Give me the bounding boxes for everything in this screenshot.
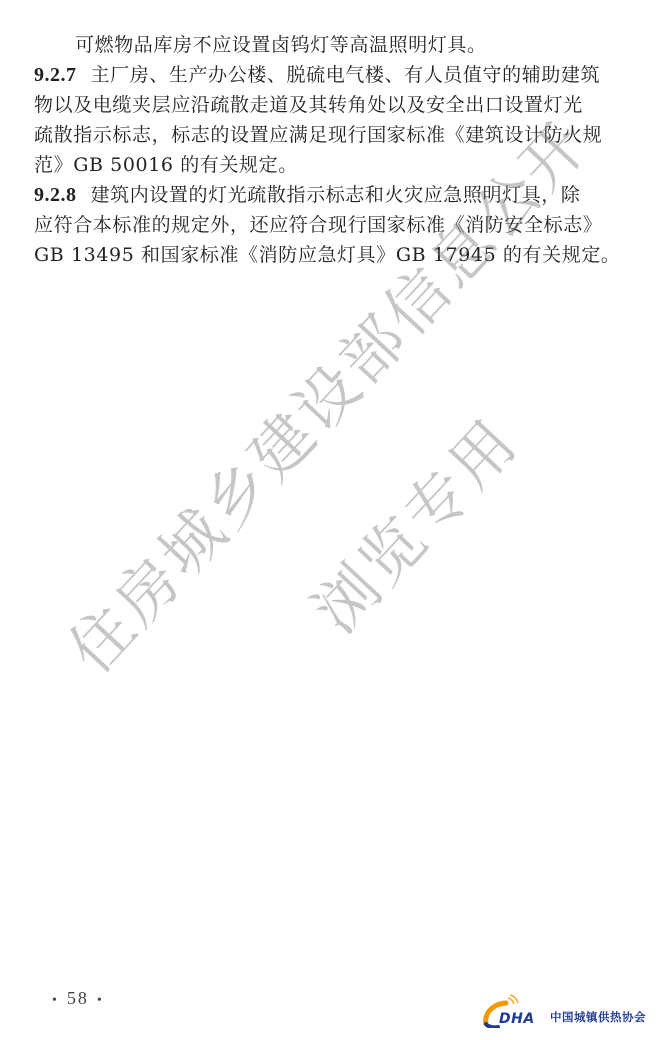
page-number-value: 58 bbox=[67, 988, 89, 1008]
line-text: 主厂房、生产办公楼、脱硫电气楼、有人员值守的辅助建筑 bbox=[91, 64, 601, 86]
body-text: 可燃物品库房不应设置卤钨灯等高温照明灯具。 9.2.7主厂房、生产办公楼、脱硫电… bbox=[34, 30, 634, 270]
text-line: 疏散指示标志，标志的设置应满足现行国家标准《建筑设计防火规 bbox=[34, 120, 634, 150]
line-text: 物以及电缆夹层应沿疏散走道及其转角处以及安全出口设置灯光 bbox=[34, 94, 583, 116]
text-line: 物以及电缆夹层应沿疏散走道及其转角处以及安全出口设置灯光 bbox=[34, 90, 634, 120]
clause-number: 9.2.8 bbox=[34, 184, 77, 206]
bullet-icon: • bbox=[97, 993, 104, 1008]
logo-mark: DHA bbox=[482, 994, 544, 1028]
clause-9-2-8-line: 9.2.8建筑内设置的灯光疏散指示标志和火灾应急照明灯具，除 bbox=[34, 180, 634, 210]
line-text: 范》GB 50016 的有关规定。 bbox=[34, 154, 298, 176]
text-line: 范》GB 50016 的有关规定。 bbox=[34, 150, 634, 180]
text-line: 应符合本标准的规定外，还应符合现行国家标准《消防安全标志》 bbox=[34, 210, 634, 240]
logo-abbreviation: DHA bbox=[499, 1011, 535, 1027]
page-number: •58• bbox=[44, 988, 112, 1009]
text-line: 可燃物品库房不应设置卤钨灯等高温照明灯具。 bbox=[34, 30, 634, 60]
line-text: 疏散指示标志，标志的设置应满足现行国家标准《建筑设计防火规 bbox=[34, 124, 602, 146]
document-page: 可燃物品库房不应设置卤钨灯等高温照明灯具。 9.2.7主厂房、生产办公楼、脱硫电… bbox=[0, 0, 666, 1040]
line-text: GB 13495 和国家标准《消防应急灯具》GB 17945 的有关规定。 bbox=[34, 244, 621, 266]
line-text: 应符合本标准的规定外，还应符合现行国家标准《消防安全标志》 bbox=[34, 214, 602, 236]
text-line: GB 13495 和国家标准《消防应急灯具》GB 17945 的有关规定。 bbox=[34, 240, 634, 270]
bullet-icon: • bbox=[52, 993, 59, 1008]
watermark-line-2: 浏览专用 bbox=[290, 395, 535, 649]
clause-9-2-7-line: 9.2.7主厂房、生产办公楼、脱硫电气楼、有人员值守的辅助建筑 bbox=[34, 60, 634, 90]
line-text: 建筑内设置的灯光疏散指示标志和火灾应急照明灯具，除 bbox=[91, 184, 581, 206]
line-text: 可燃物品库房不应设置卤钨灯等高温照明灯具。 bbox=[75, 34, 487, 56]
chda-logo: DHA 中国城镇供热协会 bbox=[482, 994, 662, 1028]
logo-org-name: 中国城镇供热协会 bbox=[550, 1009, 646, 1025]
clause-number: 9.2.7 bbox=[34, 64, 77, 86]
